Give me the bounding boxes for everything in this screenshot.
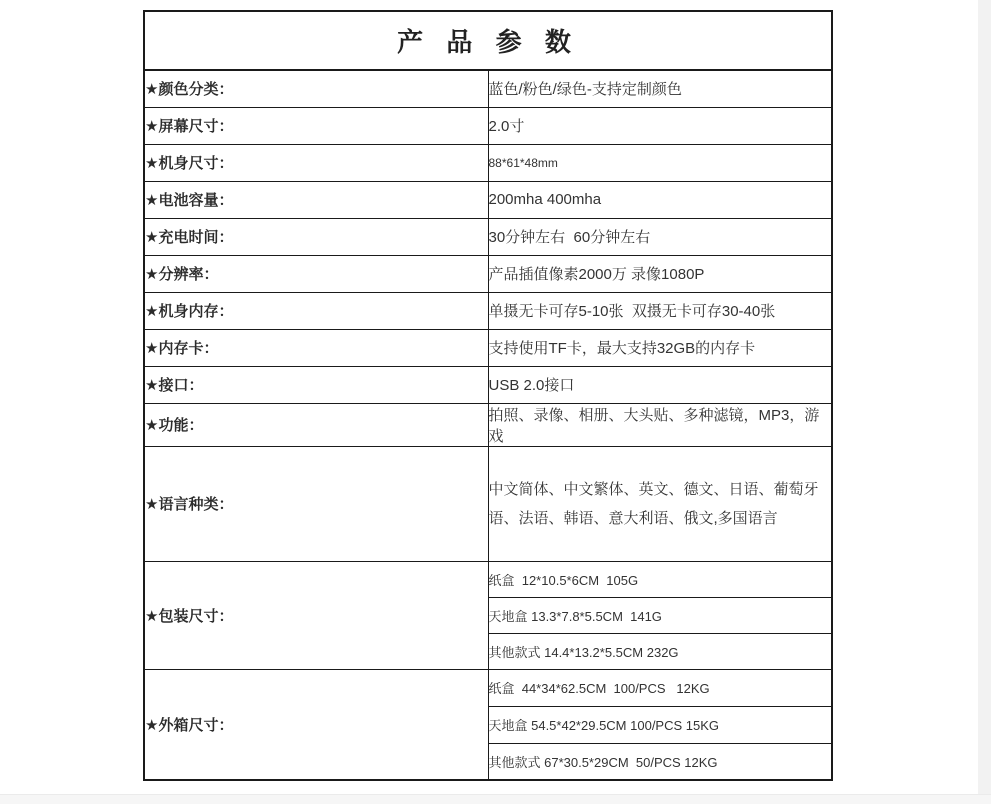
spec-label: ★分辨率： [144,255,488,292]
spec-label-packaging: ★包装尺寸： [144,561,488,669]
page-edge-right [978,0,991,804]
spec-value: 单摄无卡可存5-10张 双摄无卡可存30-40张 [488,292,832,329]
spec-value: 2.0寸 [488,107,832,144]
product-parameters-page: 产 品 参 数 ★颜色分类： 蓝色/粉色/绿色-支持定制颜色 ★屏幕尺寸： 2.… [0,0,991,804]
table-row-memory-card: ★内存卡： 支持使用TF卡，最大支持32GB的内存卡 [144,329,832,366]
spec-label: ★接口： [144,366,488,403]
spec-value: USB 2.0接口 [488,366,832,403]
table-row-color: ★颜色分类： 蓝色/粉色/绿色-支持定制颜色 [144,70,832,107]
spec-value: 天地盒 54.5*42*29.5CM 100/PCS 15KG [488,706,832,743]
spec-value: 其他款式 14.4*13.2*5.5CM 232G [488,633,832,669]
table-row-packaging-1: ★包装尺寸： 纸盒 12*10.5*6CM 105G [144,561,832,597]
spec-value: 拍照、录像、相册、大头贴、多种滤镜，MP3，游戏 [488,403,832,446]
spec-label: ★功能： [144,403,488,446]
spec-value: 200mha 400mha [488,181,832,218]
page-title: 产 品 参 数 [144,11,832,70]
spec-value: 支持使用TF卡，最大支持32GB的内存卡 [488,329,832,366]
table-row-body-size: ★机身尺寸： 88*61*48mm [144,144,832,181]
table-row-battery: ★电池容量： 200mha 400mha [144,181,832,218]
spec-value: 中文简体、中文繁体、英文、德文、日语、葡萄牙语、法语、韩语、意大利语、俄文,多国… [488,446,832,561]
spec-label-carton: ★外箱尺寸： [144,669,488,780]
spec-value: 天地盒 13.3*7.8*5.5CM 141G [488,597,832,633]
product-parameters-table: 产 品 参 数 ★颜色分类： 蓝色/粉色/绿色-支持定制颜色 ★屏幕尺寸： 2.… [143,10,833,781]
spec-label: ★语言种类： [144,446,488,561]
spec-label: ★颜色分类： [144,70,488,107]
spec-value: 其他款式 67*30.5*29CM 50/PCS 12KG [488,743,832,780]
spec-value: 88*61*48mm [488,144,832,181]
spec-label: ★电池容量： [144,181,488,218]
spec-value: 纸盒 12*10.5*6CM 105G [488,561,832,597]
page-edge-bottom [0,794,991,804]
spec-value: 30分钟左右 60分钟左右 [488,218,832,255]
table-row-languages: ★语言种类： 中文简体、中文繁体、英文、德文、日语、葡萄牙语、法语、韩语、意大利… [144,446,832,561]
spec-label: ★机身内存： [144,292,488,329]
spec-label: ★内存卡： [144,329,488,366]
table-row-carton-1: ★外箱尺寸： 纸盒 44*34*62.5CM 100/PCS 12KG [144,669,832,706]
spec-value: 蓝色/粉色/绿色-支持定制颜色 [488,70,832,107]
spec-value: 产品插值像素2000万 录像1080P [488,255,832,292]
table-row-functions: ★功能： 拍照、录像、相册、大头贴、多种滤镜，MP3，游戏 [144,403,832,446]
table-row-charge-time: ★充电时间： 30分钟左右 60分钟左右 [144,218,832,255]
table-row-interface: ★接口： USB 2.0接口 [144,366,832,403]
spec-value: 纸盒 44*34*62.5CM 100/PCS 12KG [488,669,832,706]
table-row-internal-memory: ★机身内存： 单摄无卡可存5-10张 双摄无卡可存30-40张 [144,292,832,329]
table-header-row: 产 品 参 数 [144,11,832,70]
spec-label: ★屏幕尺寸： [144,107,488,144]
table-row-screen-size: ★屏幕尺寸： 2.0寸 [144,107,832,144]
table-row-resolution: ★分辨率： 产品插值像素2000万 录像1080P [144,255,832,292]
spec-label: ★充电时间： [144,218,488,255]
spec-label: ★机身尺寸： [144,144,488,181]
